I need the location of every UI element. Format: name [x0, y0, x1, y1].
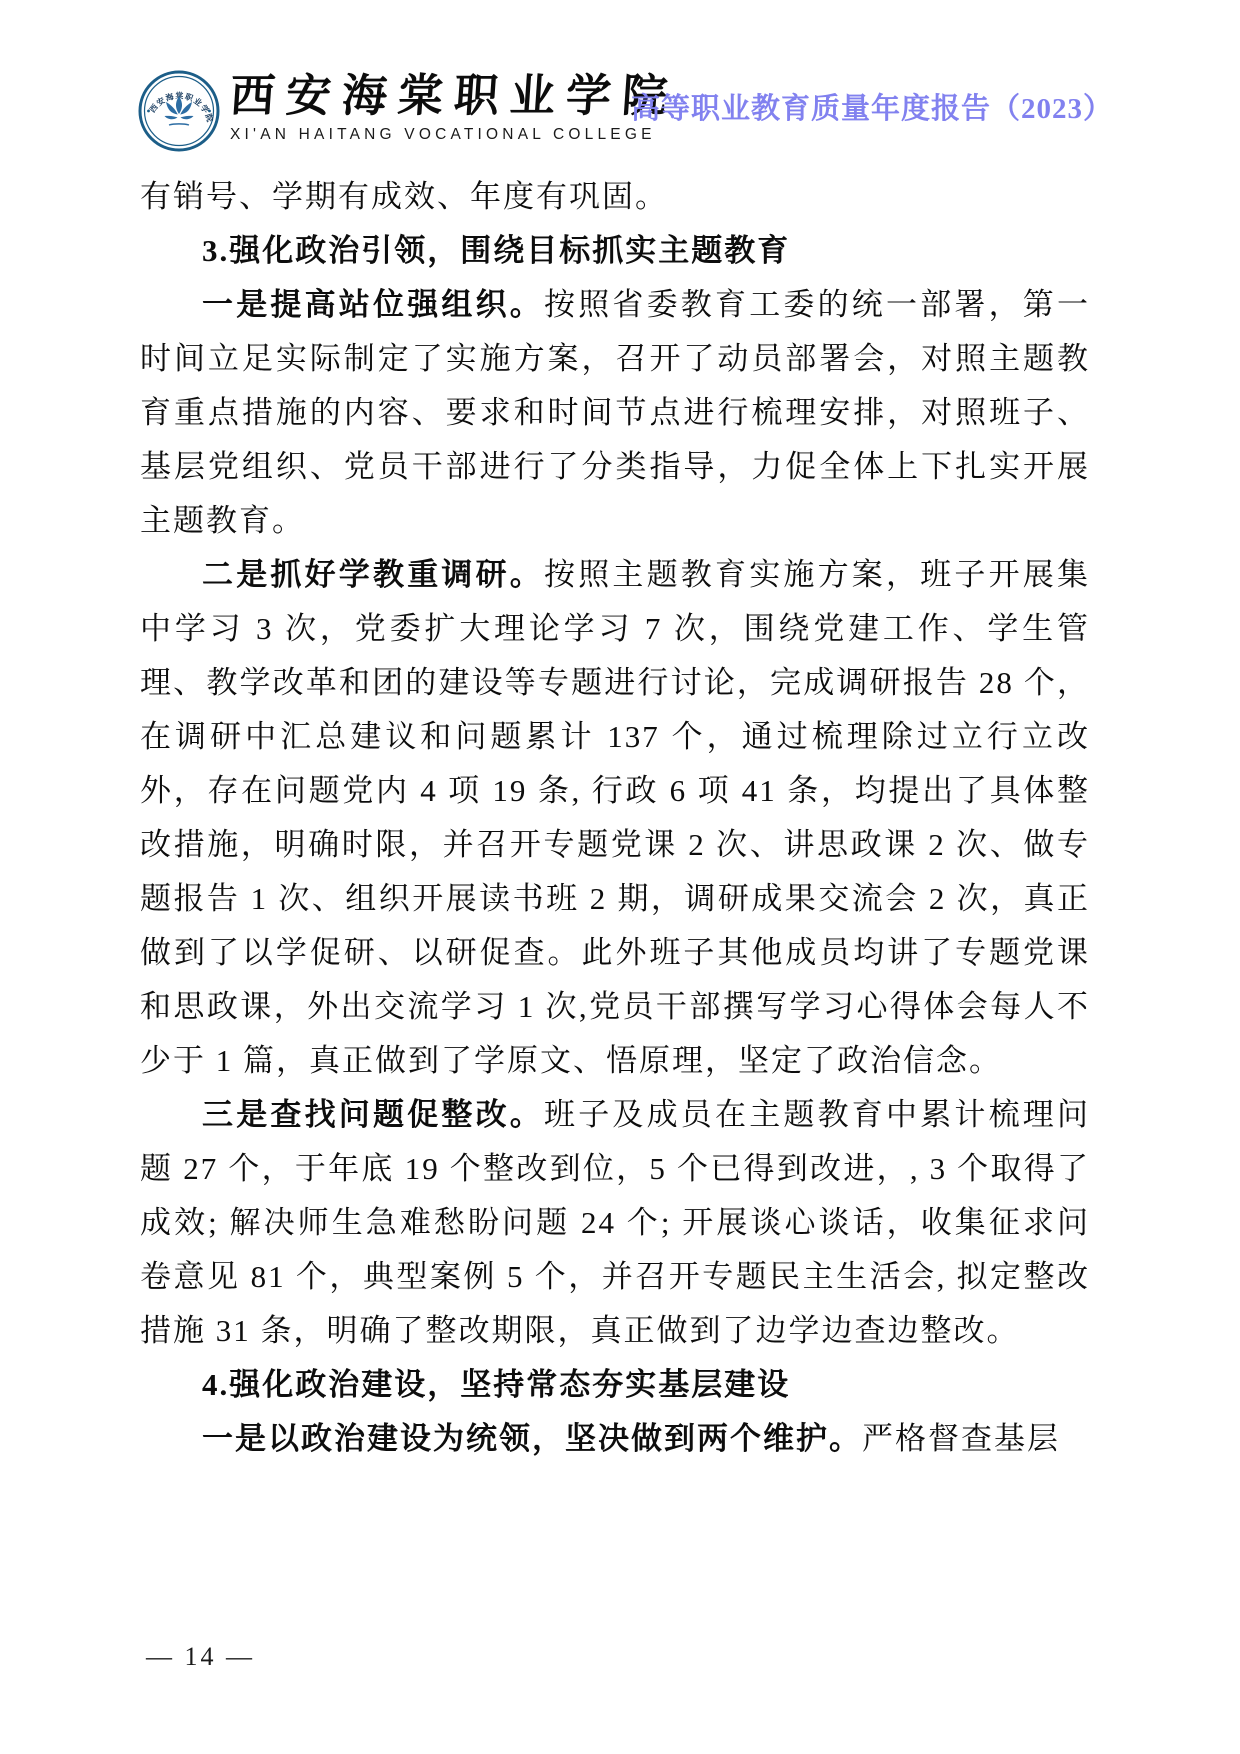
heading-text: 3.强化政治引领，围绕目标抓实主题教育 — [202, 233, 790, 268]
paragraph-point-one: 一是提高站位强组织。按照省委教育工委的统一部署，第一时间立足实际制定了实施方案，… — [140, 278, 1090, 548]
paragraph-point-three: 三是查找问题促整改。班子及成员在主题教育中累计梳理问题 27 个，于年底 19 … — [140, 1088, 1090, 1358]
document-page: 西安海棠职业学院 西安海棠职业学院 XI'AN HAITANG VOCATION… — [0, 0, 1240, 1754]
college-name-block: 西安海棠职业学院 XI'AN HAITANG VOCATIONAL COLLEG… — [230, 70, 678, 144]
college-name-en: XI'AN HAITANG VOCATIONAL COLLEGE — [230, 126, 678, 144]
paragraph-text: 班子及成员在主题教育中累计梳理问题 27 个，于年底 19 个整改到位，5 个已… — [140, 1097, 1090, 1348]
paragraph-point-one-sec4: 一是以政治建设为统领，坚决做到两个维护。严格督查基层 — [140, 1412, 1090, 1466]
heading-text: 4.强化政治建设，坚持常态夯实基层建设 — [202, 1367, 790, 1402]
paragraph-lead: 二是抓好学教重调研。 — [202, 557, 544, 592]
section-heading-3: 3.强化政治引领，围绕目标抓实主题教育 — [140, 224, 1090, 278]
college-name-cn: 西安海棠职业学院 — [228, 70, 680, 122]
paragraph-text: 按照主题教育实施方案，班子开展集中学习 3 次，党委扩大理论学习 7 次，围绕党… — [140, 557, 1090, 1078]
paragraph-continuation: 有销号、学期有成效、年度有巩固。 — [140, 170, 1090, 224]
section-heading-4: 4.强化政治建设，坚持常态夯实基层建设 — [140, 1358, 1090, 1412]
paragraph-lead: 三是查找问题促整改。 — [202, 1097, 544, 1132]
paragraph-text: 严格督查基层 — [862, 1421, 1060, 1456]
page-number: — 14 — — [146, 1642, 255, 1672]
paragraph-lead: 一是提高站位强组织。 — [202, 287, 544, 322]
document-body: 有销号、学期有成效、年度有巩固。 3.强化政治引领，围绕目标抓实主题教育 一是提… — [140, 170, 1090, 1466]
paragraph-lead: 一是以政治建设为统领，坚决做到两个维护。 — [202, 1421, 862, 1456]
paragraph-point-two: 二是抓好学教重调研。按照主题教育实施方案，班子开展集中学习 3 次，党委扩大理论… — [140, 548, 1090, 1088]
page-header: 西安海棠职业学院 西安海棠职业学院 XI'AN HAITANG VOCATION… — [0, 0, 1240, 160]
report-title: 高等职业教育质量年度报告（2023） — [631, 86, 1113, 127]
college-seal-icon: 西安海棠职业学院 — [138, 70, 220, 152]
paragraph-text: 按照省委教育工委的统一部署，第一时间立足实际制定了实施方案，召开了动员部署会，对… — [140, 287, 1090, 538]
paragraph-text: 有销号、学期有成效、年度有巩固。 — [140, 179, 668, 214]
